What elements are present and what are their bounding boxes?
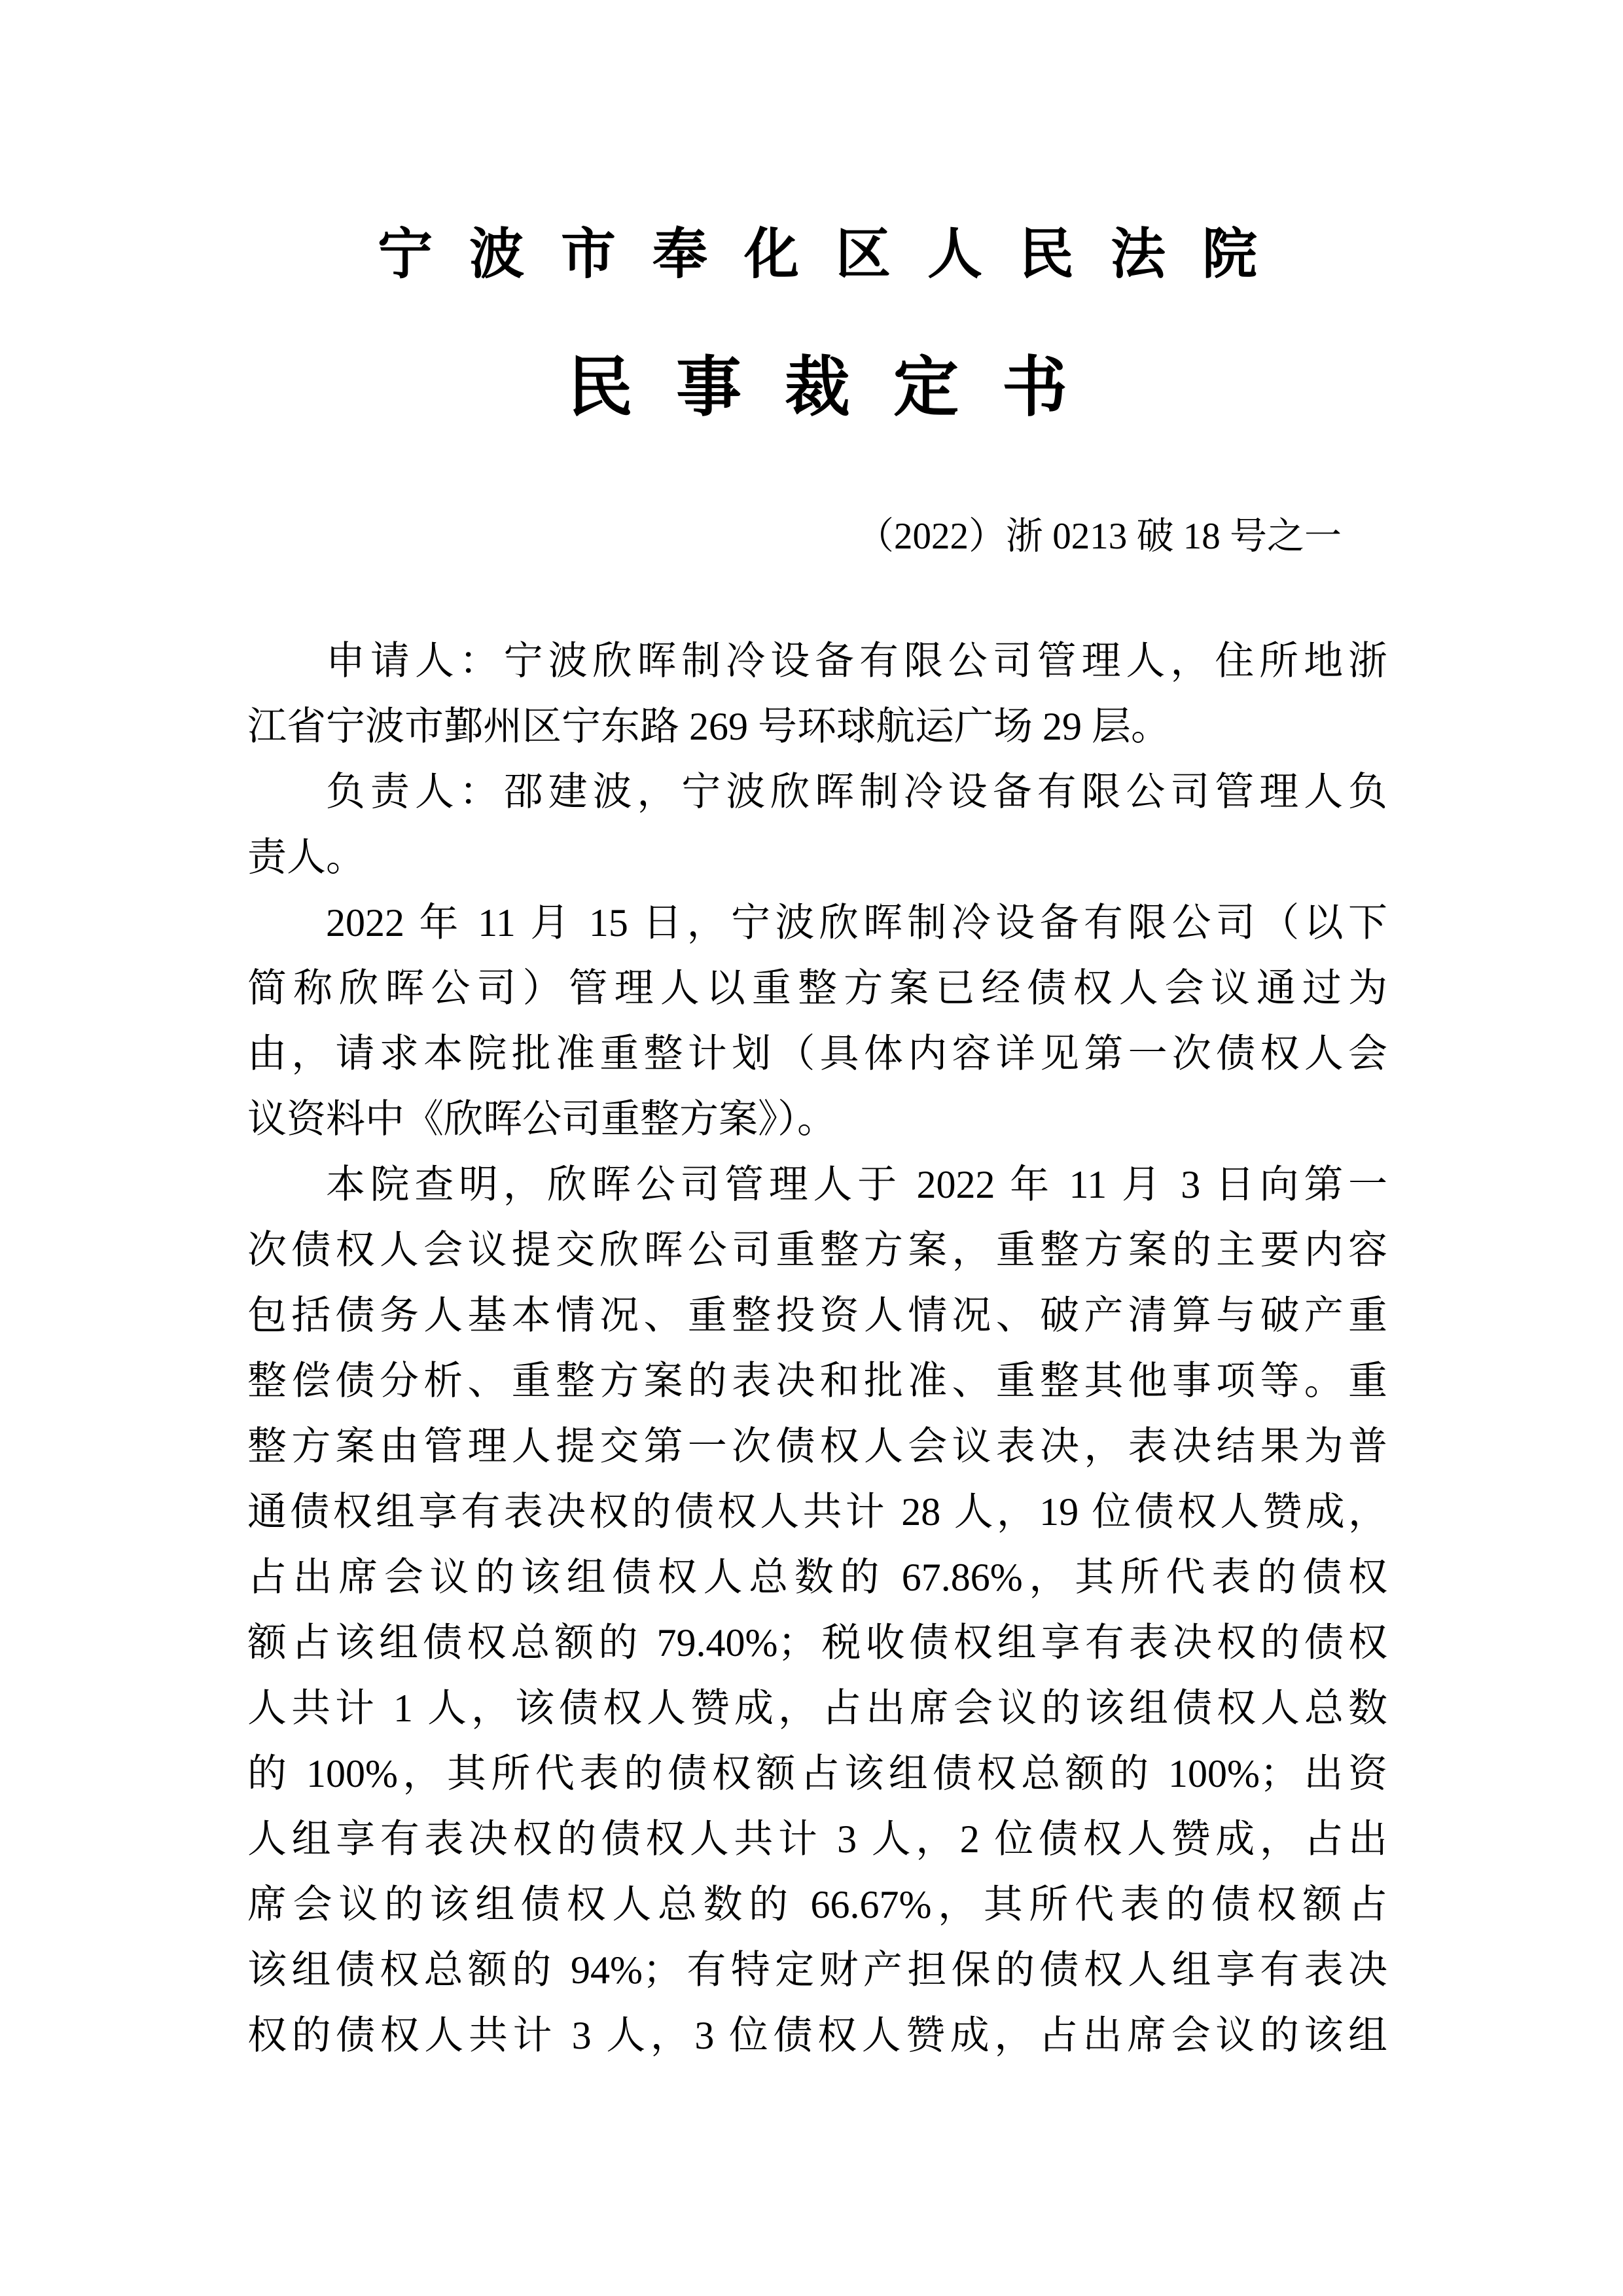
- body-line: 占出席会议的该组债权人总数的 67.86%，其所代表的债权: [247, 1545, 1387, 1610]
- body-line: 的 100%，其所代表的债权额占该组债权总额的 100%；出资: [247, 1741, 1387, 1806]
- document-content: 宁波市奉化区人民法院 民事裁定书 （2022）浙 0213 破 18 号之一 申…: [0, 0, 1623, 2068]
- document-page: 宁波市奉化区人民法院 民事裁定书 （2022）浙 0213 破 18 号之一 申…: [0, 0, 1623, 2296]
- document-type-title: 民事裁定书: [247, 353, 1387, 422]
- body-line: 整方案由管理人提交第一次债权人会议表决，表决结果为普: [247, 1414, 1387, 1479]
- body-line: 申请人：宁波欣晖制冷设备有限公司管理人，住所地浙: [247, 628, 1387, 694]
- body-line: 权的债权人共计 3 人，3 位债权人赞成，占出席会议的该组: [247, 2003, 1387, 2068]
- body-line: 由，请求本院批准重整计划（具体内容详见第一次债权人会: [247, 1021, 1387, 1086]
- body-line: 负责人：邵建波，宁波欣晖制冷设备有限公司管理人负: [247, 759, 1387, 825]
- body-line: 额占该组债权总额的 79.40%；税收债权组享有表决权的债权: [247, 1610, 1387, 1676]
- body-line: 次债权人会议提交欣晖公司重整方案，重整方案的主要内容: [247, 1217, 1387, 1283]
- body-line: 责人。: [247, 825, 1387, 890]
- body-line: 本院查明，欣晖公司管理人于 2022 年 11 月 3 日向第一: [247, 1152, 1387, 1217]
- document-body: 申请人：宁波欣晖制冷设备有限公司管理人，住所地浙 江省宁波市鄞州区宁东路 269…: [247, 628, 1387, 2068]
- body-line: 人组享有表决权的债权人共计 3 人，2 位债权人赞成，占出: [247, 1806, 1387, 1872]
- body-line: 议资料中《欣晖公司重整方案》）。: [247, 1086, 1387, 1152]
- body-line: 2022 年 11 月 15 日，宁波欣晖制冷设备有限公司（以下: [247, 890, 1387, 956]
- body-line: 席会议的该组债权人总数的 66.67%，其所代表的债权额占: [247, 1872, 1387, 1937]
- body-line: 该组债权总额的 94%；有特定财产担保的债权人组享有表决: [247, 1937, 1387, 2003]
- body-line: 人共计 1 人，该债权人赞成，占出席会议的该组债权人总数: [247, 1676, 1387, 1741]
- body-line: 简称欣晖公司）管理人以重整方案已经债权人会议通过为: [247, 956, 1387, 1021]
- court-name-title: 宁波市奉化区人民法院: [247, 228, 1387, 283]
- body-line: 整偿债分析、重整方案的表决和批准、重整其他事项等。重: [247, 1348, 1387, 1414]
- body-line: 通债权组享有表决权的债权人共计 28 人，19 位债权人赞成，: [247, 1479, 1387, 1545]
- body-line: 包括债务人基本情况、重整投资人情况、破产清算与破产重: [247, 1283, 1387, 1348]
- body-line: 江省宁波市鄞州区宁东路 269 号环球航运广场 29 层。: [247, 694, 1387, 759]
- case-number: （2022）浙 0213 破 18 号之一: [247, 514, 1387, 560]
